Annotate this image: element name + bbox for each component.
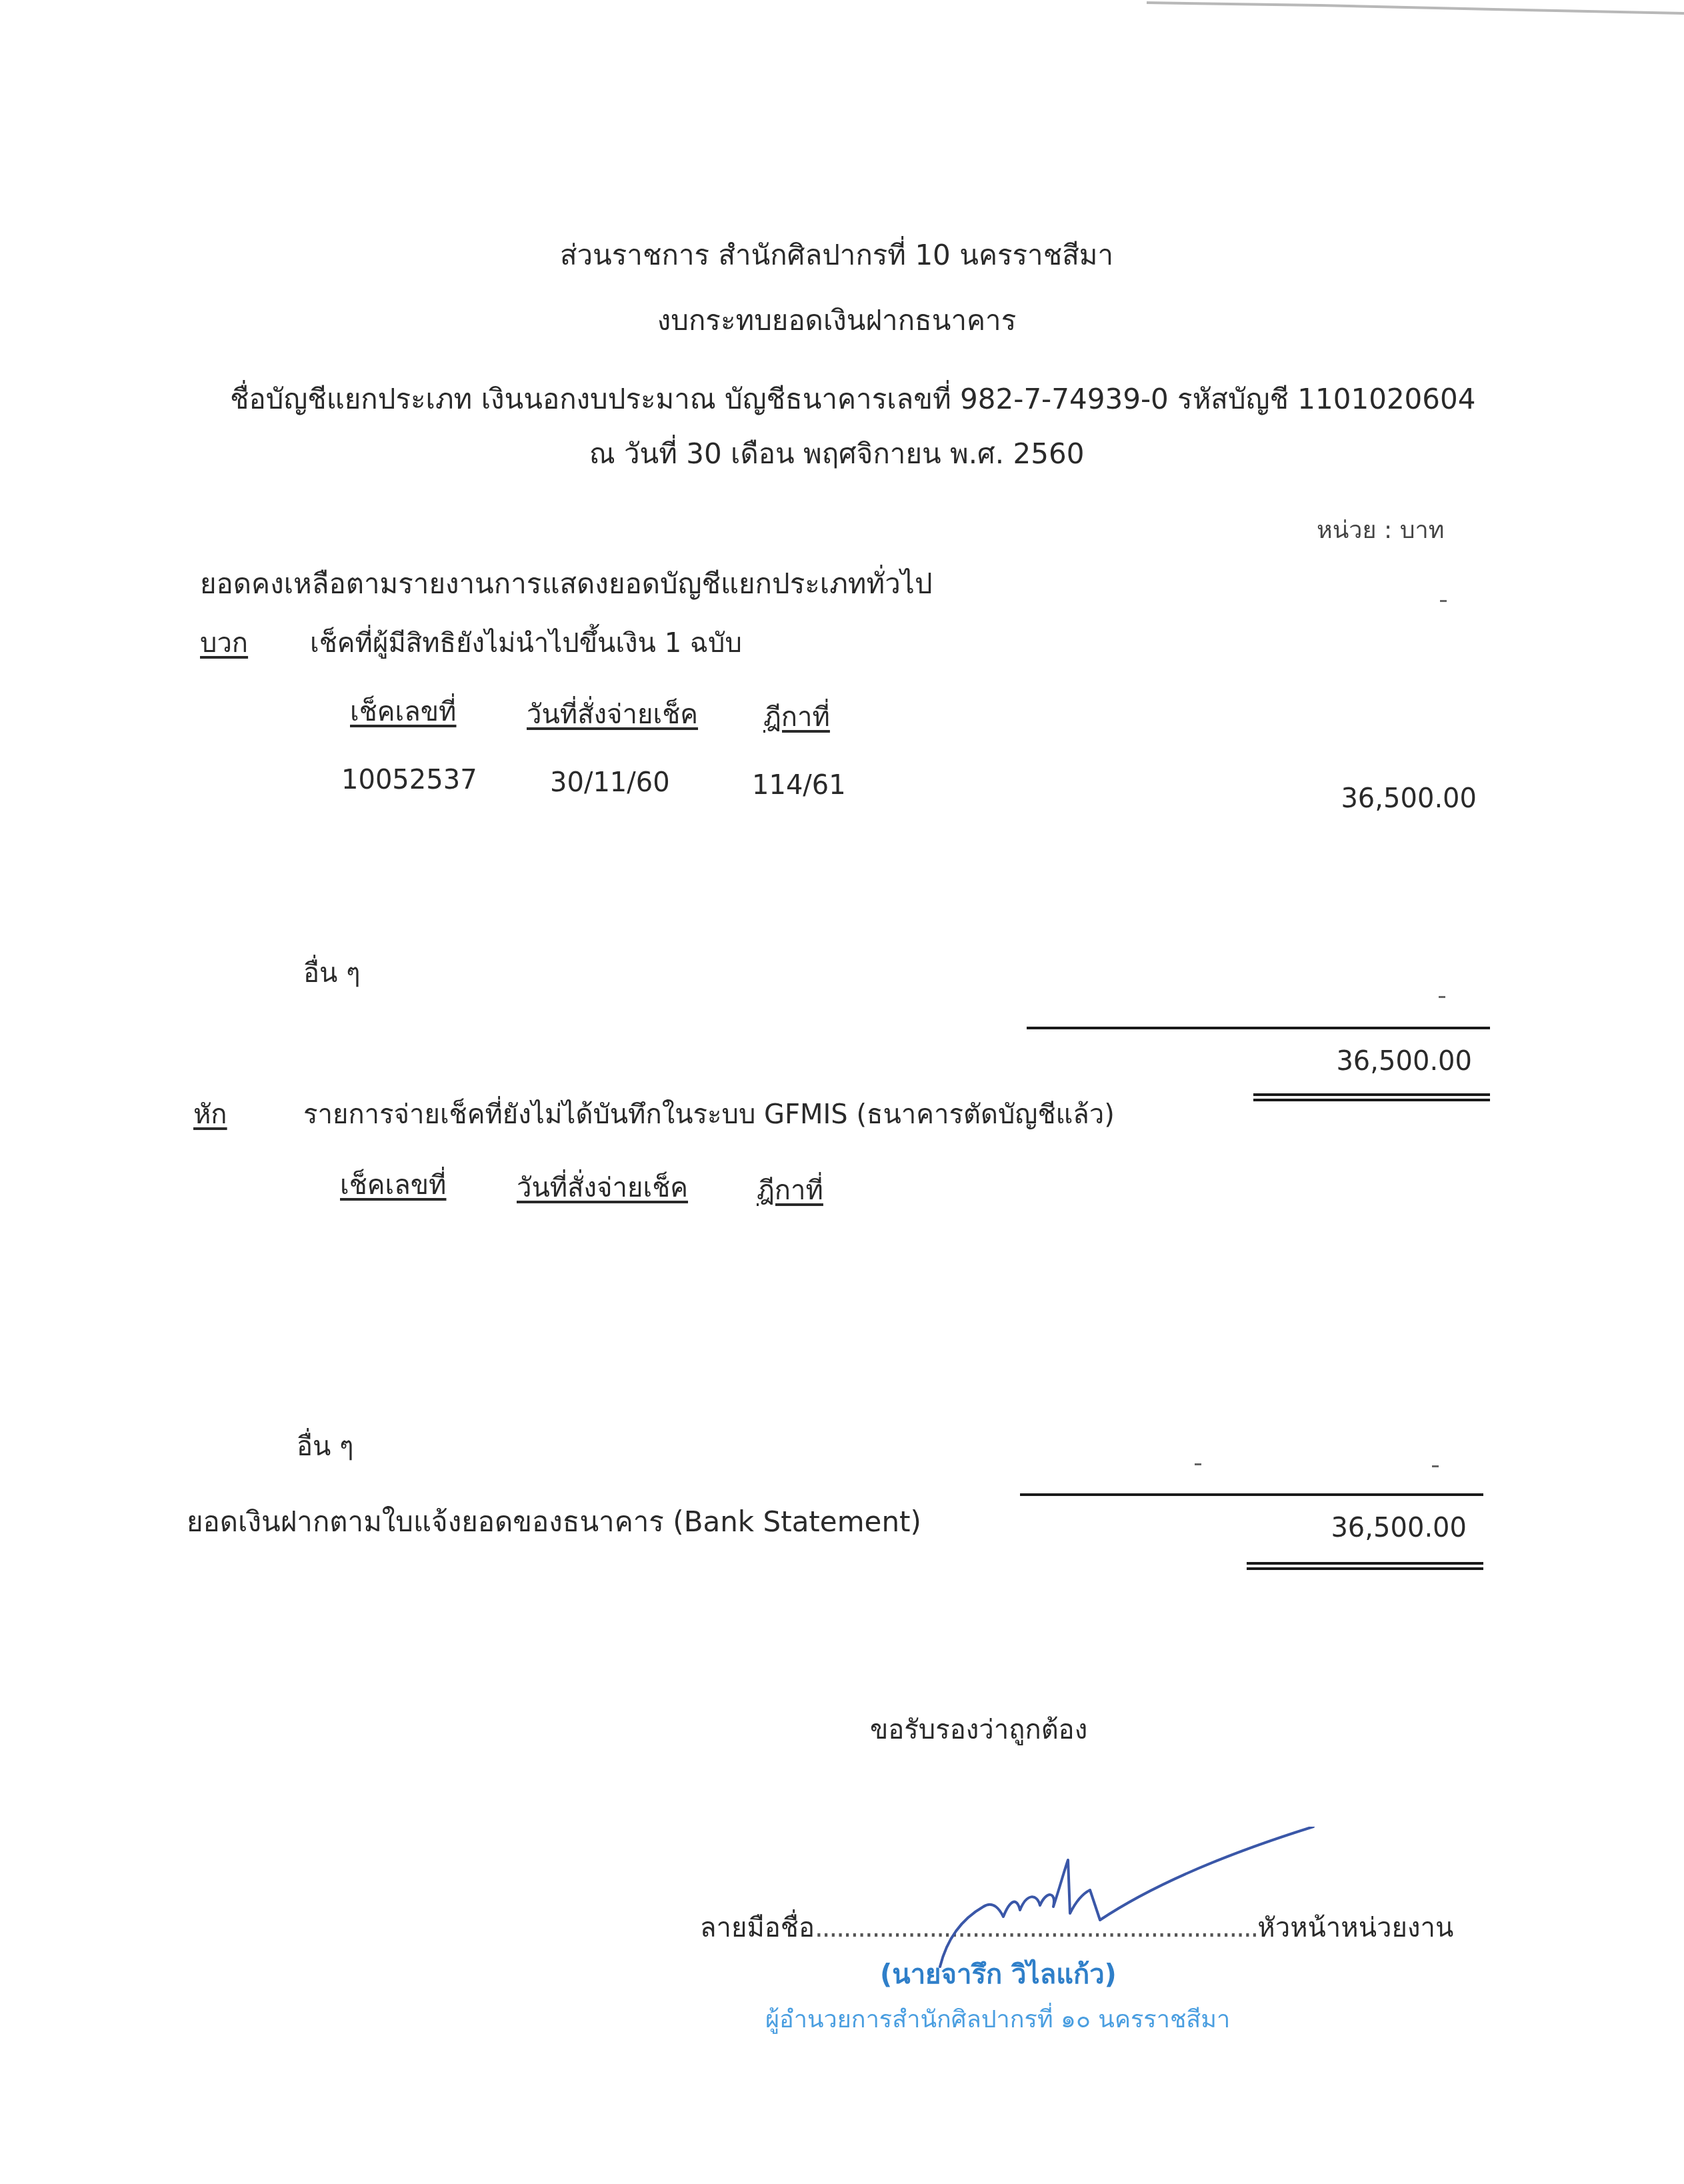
add-col-date: วันที่สั่งจ่ายเช็ค	[527, 701, 698, 728]
add-subtotal: 36,500.00	[1336, 1048, 1472, 1075]
add-row-cheque-no: 10052537	[341, 767, 477, 793]
less-col-date: วันที่สั่งจ่ายเช็ค	[517, 1175, 688, 1201]
bank-double-rule	[1247, 1562, 1483, 1570]
add-row-date: 30/11/60	[550, 769, 670, 796]
less-other-amount-1	[1195, 1463, 1201, 1465]
less-description: รายการจ่ายเช็คที่ยังไม่ได้บันทึกในระบบ G…	[303, 1101, 1115, 1128]
add-description: เช็คที่ผู้มีสิทธิยังไม่นำไปขึ้นเงิน 1 ฉบ…	[310, 630, 742, 657]
less-other-amount-2	[1432, 1465, 1439, 1467]
less-other-label: อื่น ๆ	[297, 1433, 354, 1460]
add-col-voucher: ฎีกาที่	[763, 704, 830, 731]
less-col-cheque-no: เช็คเลขที่	[340, 1172, 446, 1199]
add-row-voucher: 114/61	[752, 772, 846, 799]
document-title: งบกระทบยอดเงินฝากธนาคาร	[657, 307, 1017, 335]
less-label: หัก	[193, 1101, 227, 1128]
less-col-voucher: ฎีกาที่	[757, 1177, 823, 1204]
account-info: ชื่อบัญชีแยกประเภท เงินนอกงบประมาณ บัญชี…	[230, 385, 1476, 413]
handwritten-signature	[920, 1827, 1320, 1973]
bank-statement-amount: 36,500.00	[1331, 1515, 1467, 1541]
gl-balance-amount	[1440, 600, 1447, 602]
certification-text: ขอรับรองว่าถูกต้อง	[870, 1717, 1087, 1743]
as-of-date: ณ วันที่ 30 เดือน พฤศจิกายน พ.ศ. 2560	[589, 440, 1085, 468]
bank-statement-label: ยอดเงินฝากตามใบแจ้งยอดของธนาคาร (Bank St…	[187, 1508, 921, 1536]
signer-position: ผู้อำนวยการสำนักศิลปากรที่ ๑๐ นครราชสีมา	[765, 2008, 1230, 2032]
subtotal-double-rule	[1253, 1093, 1490, 1101]
agency-title: ส่วนราชการ สำนักศิลปากรที่ 10 นครราชสีมา	[560, 241, 1113, 269]
gl-balance-label: ยอดคงเหลือตามรายงานการแสดงยอดบัญชีแยกประ…	[200, 570, 933, 598]
add-col-cheque-no: เช็คเลขที่	[350, 699, 456, 725]
signer-name: (นายจารึก วิไลแก้ว)	[880, 1961, 1117, 1988]
bank-rule	[1020, 1493, 1483, 1496]
signature-prefix: ลายมือชื่อ	[700, 1913, 815, 1943]
subtotal-rule	[1027, 1027, 1490, 1029]
unit-label: หน่วย : บาท	[1317, 519, 1444, 543]
scan-artifact-line	[1120, 1, 1684, 15]
add-label: บวก	[200, 630, 248, 657]
add-other-amount	[1439, 996, 1445, 998]
add-row-amount: 36,500.00	[1341, 785, 1477, 812]
add-other-label: อื่น ๆ	[303, 960, 361, 987]
